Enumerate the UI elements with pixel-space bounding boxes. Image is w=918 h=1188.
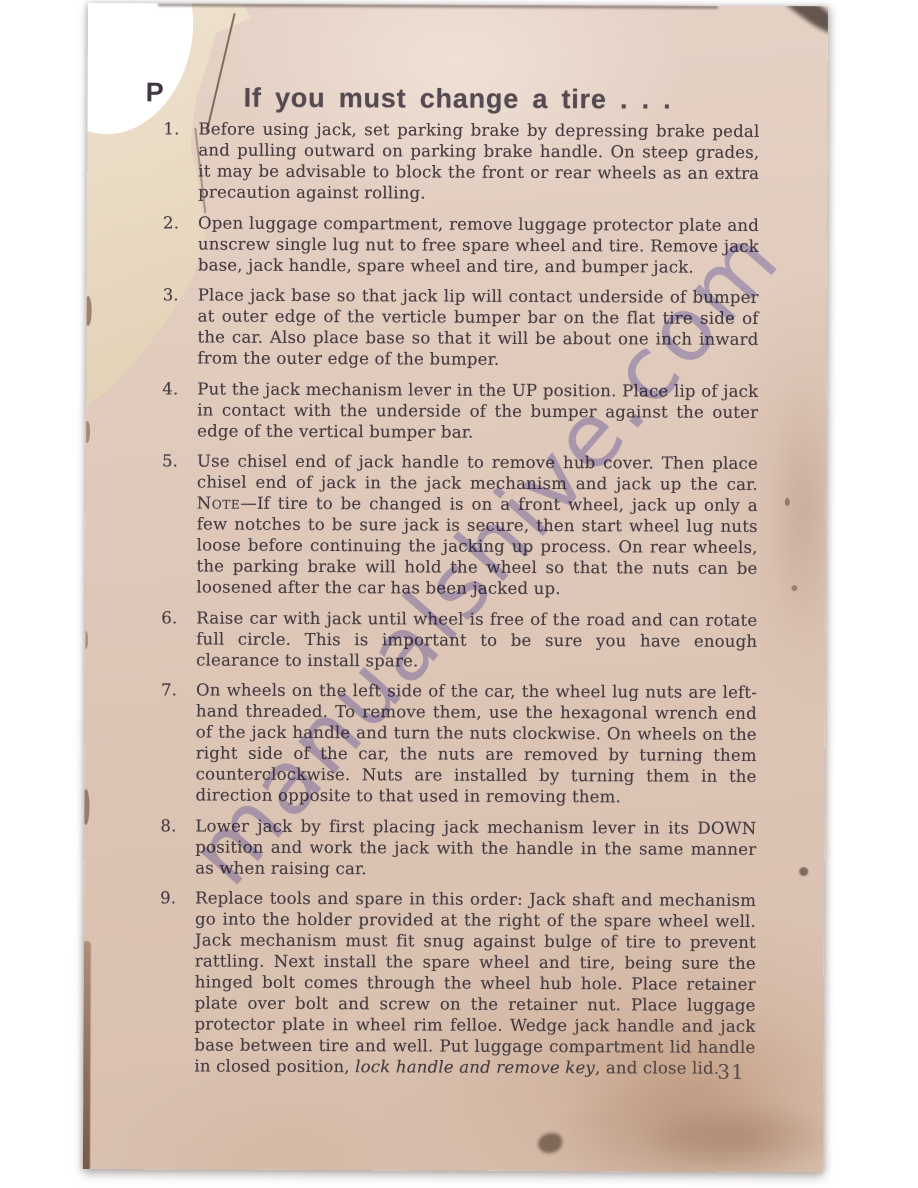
item-text: Use chisel end of jack handle to remove …	[196, 450, 758, 599]
item-number: 4.	[162, 378, 186, 441]
item-number: 8.	[160, 815, 184, 878]
left-edge-nick	[84, 421, 90, 443]
instruction-item-7: 7. On wheels on the left side of the car…	[160, 679, 757, 808]
item-text: Lower jack by first placing jack mechani…	[195, 815, 756, 880]
left-edge-nick	[83, 631, 88, 649]
ink-speck	[799, 867, 808, 876]
item-text: Place jack base so that jack lip will co…	[197, 284, 758, 370]
manual-page: P If you must change a tire . . . 1. Bef…	[83, 3, 828, 1172]
bottom-right-stain	[638, 1100, 828, 1172]
item-text: Open luggage compartment, remove luggage…	[198, 212, 759, 277]
item-number: 6.	[161, 607, 185, 670]
page-title: If you must change a tire . . .	[88, 82, 828, 116]
item-text: Before using jack, set parking brake by …	[198, 118, 759, 204]
item-number: 9.	[159, 887, 184, 1076]
item-number: 1.	[163, 118, 187, 202]
instruction-item-1: 1. Before using jack, set parking brake …	[163, 118, 759, 205]
item-text-segment: Use chisel end of jack handle to remove …	[197, 451, 758, 493]
item-number: 2.	[163, 212, 187, 275]
bottom-left-worn-edge	[83, 941, 91, 1171]
item-number: 3.	[162, 284, 186, 368]
instruction-item-6: 6. Raise car with jack until wheel is fr…	[161, 607, 757, 673]
instruction-item-3: 3. Place jack base so that jack lip will…	[162, 284, 758, 371]
right-edge-stain	[765, 376, 828, 656]
instruction-list: 1. Before using jack, set parking brake …	[159, 118, 759, 1088]
note-label: Note	[197, 493, 241, 512]
instruction-item-4: 4. Put the jack mechanism lever in the U…	[162, 378, 758, 444]
scanner-background: P If you must change a tire . . . 1. Bef…	[0, 0, 918, 1188]
item-number: 5.	[161, 450, 186, 597]
instruction-item-8: 8. Lower jack by first placing jack mech…	[160, 815, 756, 881]
item-text-segment: —If tire to be changed is on a front whe…	[196, 494, 757, 598]
item-text: On wheels on the left side of the car, t…	[195, 679, 757, 807]
instruction-item-5: 5. Use chisel end of jack handle to remo…	[161, 450, 758, 600]
left-edge-nick	[83, 789, 90, 825]
item-number: 7.	[160, 679, 185, 805]
top-right-smudge	[768, 3, 828, 40]
instruction-item-2: 2. Open luggage compartment, remove lugg…	[163, 212, 759, 278]
item-text: Raise car with jack until wheel is free …	[196, 607, 757, 672]
item-text: Put the jack mechanism lever in the UP p…	[197, 378, 758, 443]
